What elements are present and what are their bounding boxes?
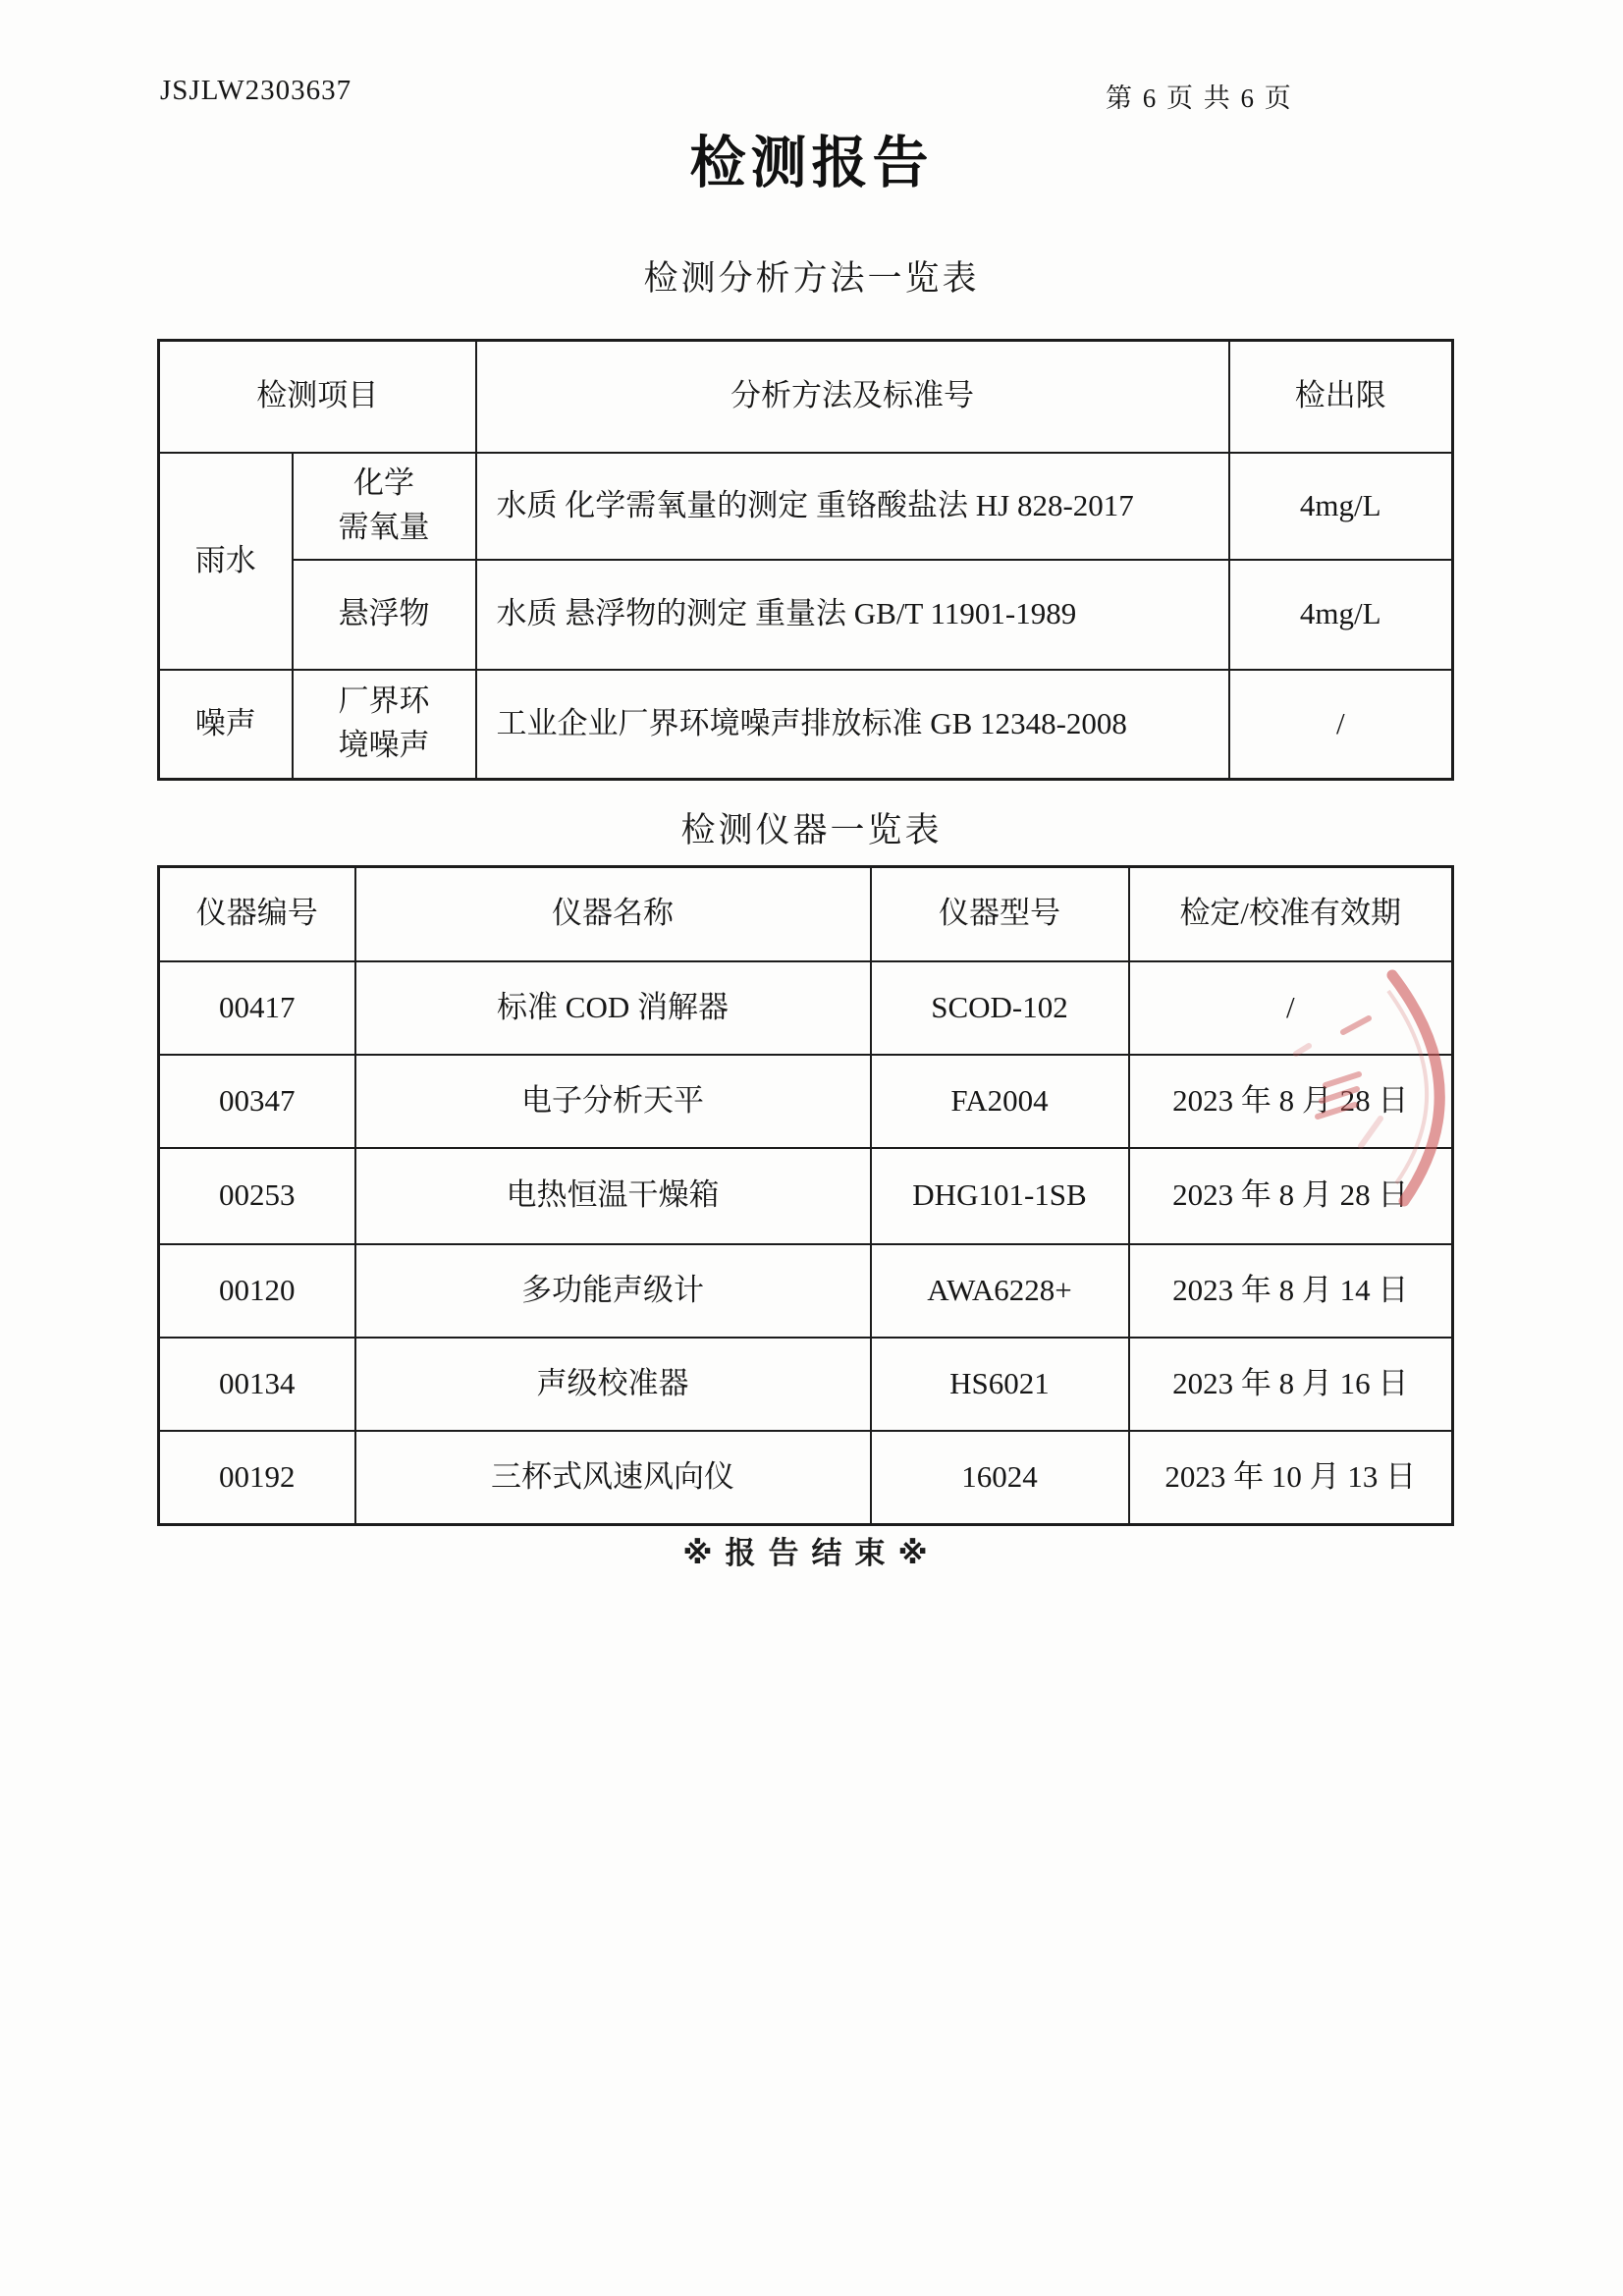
instrument-id: 00134 bbox=[159, 1338, 355, 1431]
instrument-model: FA2004 bbox=[871, 1055, 1129, 1148]
instrument-model: AWA6228+ bbox=[871, 1244, 1129, 1338]
instrument-model: DHG101-1SB bbox=[871, 1148, 1129, 1244]
method-cell-noise: 工业企业厂界环境噪声排放标准 GB 12348-2008 bbox=[476, 670, 1229, 780]
header-instrument-id: 仪器编号 bbox=[159, 867, 355, 961]
table-row: 00120 多功能声级计 AWA6228+ 2023 年 8 月 14 日 bbox=[159, 1244, 1453, 1338]
calibration-date: 2023 年 10 月 13 日 bbox=[1129, 1431, 1453, 1525]
document-page: JSJLW2303637 第 6 页 共 6 页 检测报告 检测分析方法一览表 … bbox=[0, 0, 1623, 2296]
method-table: 检测项目 分析方法及标准号 检出限 雨水 化学 需氧量 水质 化学需氧量的测定 … bbox=[157, 339, 1454, 781]
table-row: 00134 声级校准器 HS6021 2023 年 8 月 16 日 bbox=[159, 1338, 1453, 1431]
header-method: 分析方法及标准号 bbox=[476, 341, 1229, 453]
instrument-name: 多功能声级计 bbox=[355, 1244, 871, 1338]
calibration-date: 2023 年 8 月 16 日 bbox=[1129, 1338, 1453, 1431]
limit-cell-ss: 4mg/L bbox=[1229, 560, 1453, 670]
header-item: 检测项目 bbox=[159, 341, 476, 453]
table-row: 00253 电热恒温干燥箱 DHG101-1SB 2023 年 8 月 28 日 bbox=[159, 1148, 1453, 1244]
instrument-name: 电子分析天平 bbox=[355, 1055, 871, 1148]
document-number: JSJLW2303637 bbox=[160, 75, 352, 107]
table-row: 00417 标准 COD 消解器 SCOD-102 / bbox=[159, 961, 1453, 1055]
calibration-date: / bbox=[1129, 961, 1453, 1055]
method-table-header-row: 检测项目 分析方法及标准号 检出限 bbox=[159, 341, 1453, 453]
header-calibration-validity: 检定/校准有效期 bbox=[1129, 867, 1453, 961]
header-instrument-model: 仪器型号 bbox=[871, 867, 1129, 961]
header-limit: 检出限 bbox=[1229, 341, 1453, 453]
instrument-table-header-row: 仪器编号 仪器名称 仪器型号 检定/校准有效期 bbox=[159, 867, 1453, 961]
instrument-id: 00192 bbox=[159, 1431, 355, 1525]
calibration-date: 2023 年 8 月 14 日 bbox=[1129, 1244, 1453, 1338]
instrument-name: 电热恒温干燥箱 bbox=[355, 1148, 871, 1244]
instrument-model: HS6021 bbox=[871, 1338, 1129, 1431]
header-instrument-name: 仪器名称 bbox=[355, 867, 871, 961]
table-row: 00192 三杯式风速风向仪 16024 2023 年 10 月 13 日 bbox=[159, 1431, 1453, 1525]
instrument-name: 标准 COD 消解器 bbox=[355, 961, 871, 1055]
category-cell-rainwater: 雨水 bbox=[159, 453, 293, 670]
instrument-id: 00120 bbox=[159, 1244, 355, 1338]
instrument-name: 声级校准器 bbox=[355, 1338, 871, 1431]
report-end-mark: ※报告结束※ bbox=[0, 1528, 1623, 1572]
method-table-caption: 检测分析方法一览表 bbox=[0, 251, 1623, 301]
table-row: 悬浮物 水质 悬浮物的测定 重量法 GB/T 11901-1989 4mg/L bbox=[159, 560, 1453, 670]
category-cell-noise: 噪声 bbox=[159, 670, 293, 780]
instrument-model: 16024 bbox=[871, 1431, 1129, 1525]
item-cell-boundary-noise: 厂界环 境噪声 bbox=[293, 670, 476, 780]
limit-cell-cod: 4mg/L bbox=[1229, 453, 1453, 560]
page-number: 第 6 页 共 6 页 bbox=[1106, 77, 1293, 115]
calibration-date: 2023 年 8 月 28 日 bbox=[1129, 1148, 1453, 1244]
limit-cell-noise: / bbox=[1229, 670, 1453, 780]
table-row: 00347 电子分析天平 FA2004 2023 年 8 月 28 日 bbox=[159, 1055, 1453, 1148]
report-title: 检测报告 bbox=[0, 118, 1623, 198]
instrument-table-caption: 检测仪器一览表 bbox=[0, 803, 1623, 852]
instrument-table: 仪器编号 仪器名称 仪器型号 检定/校准有效期 00417 标准 COD 消解器… bbox=[157, 865, 1454, 1526]
instrument-id: 00347 bbox=[159, 1055, 355, 1148]
instrument-model: SCOD-102 bbox=[871, 961, 1129, 1055]
instrument-id: 00253 bbox=[159, 1148, 355, 1244]
item-cell-ss: 悬浮物 bbox=[293, 560, 476, 670]
item-cell-cod: 化学 需氧量 bbox=[293, 453, 476, 560]
calibration-date: 2023 年 8 月 28 日 bbox=[1129, 1055, 1453, 1148]
method-cell-cod: 水质 化学需氧量的测定 重铬酸盐法 HJ 828-2017 bbox=[476, 453, 1229, 560]
instrument-name: 三杯式风速风向仪 bbox=[355, 1431, 871, 1525]
method-cell-ss: 水质 悬浮物的测定 重量法 GB/T 11901-1989 bbox=[476, 560, 1229, 670]
table-row: 噪声 厂界环 境噪声 工业企业厂界环境噪声排放标准 GB 12348-2008 … bbox=[159, 670, 1453, 780]
table-row: 雨水 化学 需氧量 水质 化学需氧量的测定 重铬酸盐法 HJ 828-2017 … bbox=[159, 453, 1453, 560]
instrument-id: 00417 bbox=[159, 961, 355, 1055]
